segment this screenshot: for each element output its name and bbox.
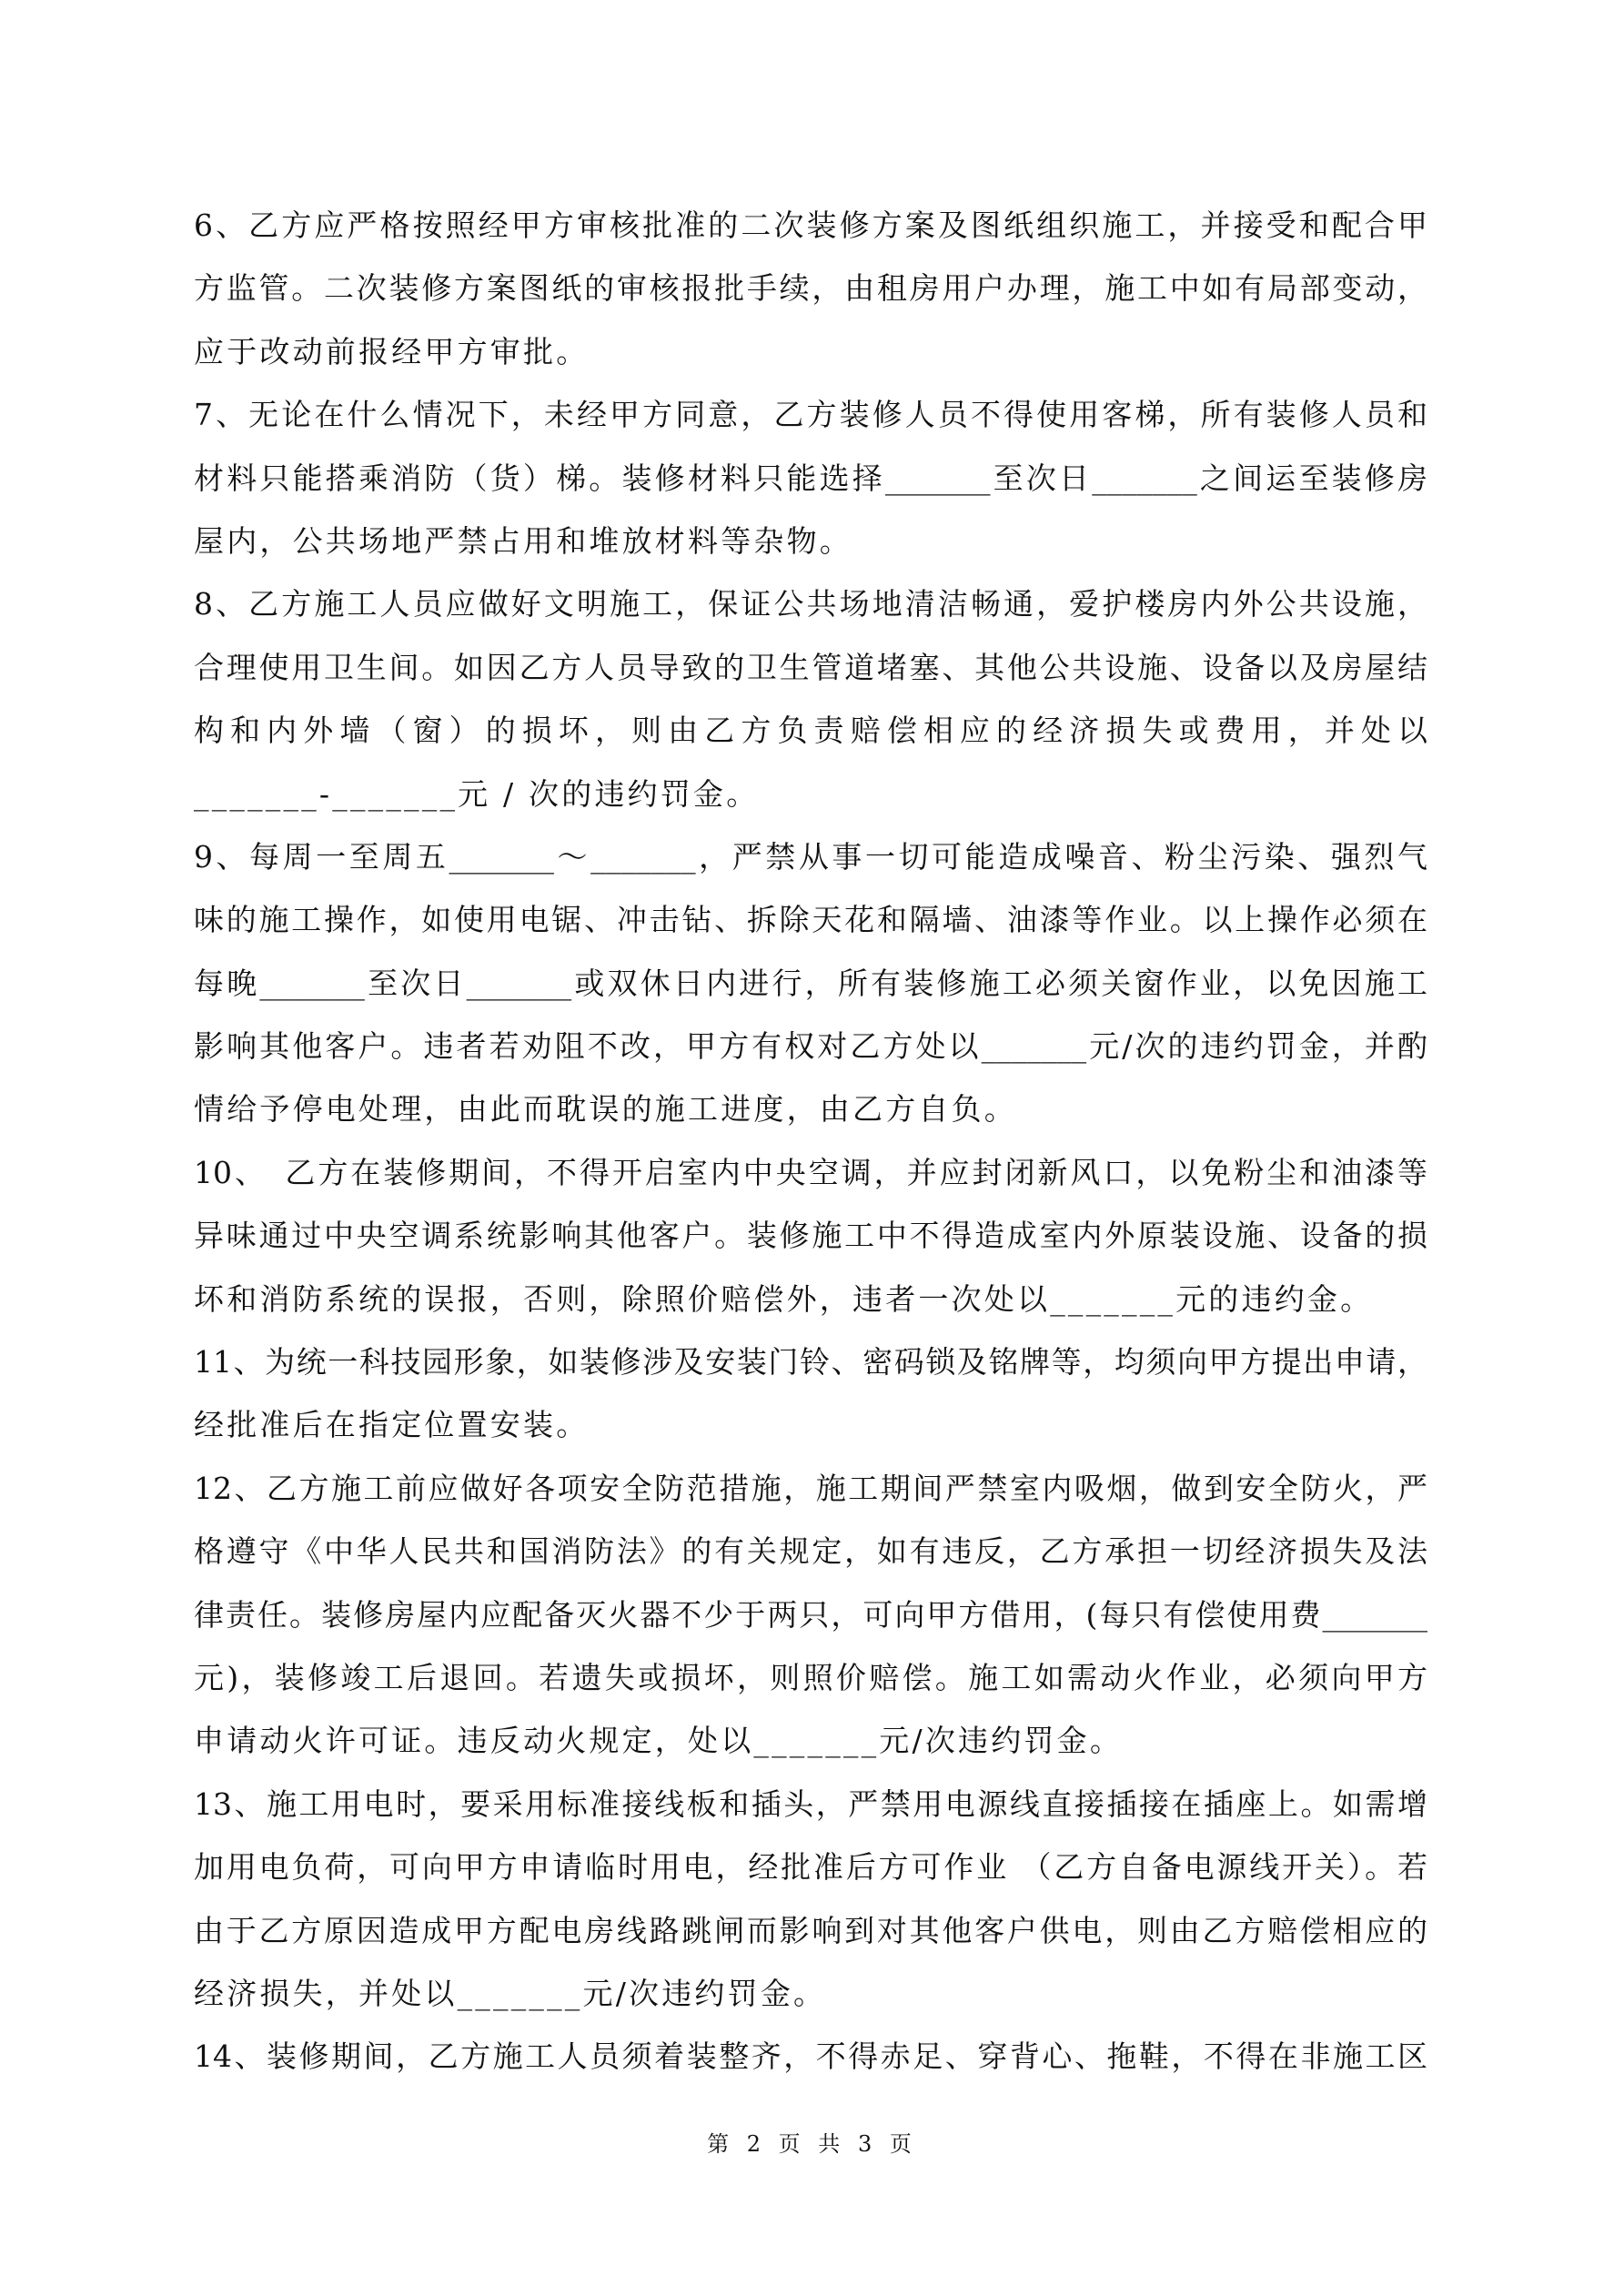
text-line: 12、乙方施工前应做好各项安全防范措施，施工期间严禁室内吸烟，做到安全防火，严 xyxy=(194,1465,1427,1528)
text-line: 元)，装修竣工后退回。若遗失或损坏，则照价赔偿。施工如需动火作业，必须向甲方 xyxy=(194,1654,1427,1717)
text-line: 异味通过中央空调系统影响其他客户。装修施工中不得造成室内外原装设施、设备的损 xyxy=(194,1212,1427,1275)
clause-9: 9、每周一至周五_______～_______，严禁从事一切可能造成噪音、粉尘污… xyxy=(194,834,1427,1149)
text-line: 每晚_______至次日_______或双休日内进行，所有装修施工必须关窗作业，… xyxy=(194,960,1427,1023)
text-line: 13、施工用电时，要采用标准接线板和插头，严禁用电源线直接插接在插座上。如需增 xyxy=(194,1781,1427,1844)
clause-13: 13、施工用电时，要采用标准接线板和插头，严禁用电源线直接插接在插座上。如需增 … xyxy=(194,1781,1427,2034)
text-line: 屋内，公共场地严禁占用和堆放材料等杂物。 xyxy=(194,518,1427,581)
text-line: 经批准后在指定位置安装。 xyxy=(194,1401,1427,1464)
text-line: 7、无论在什么情况下，未经甲方同意，乙方装修人员不得使用客梯，所有装修人员和 xyxy=(194,391,1427,454)
text-line: 9、每周一至周五_______～_______，严禁从事一切可能造成噪音、粉尘污… xyxy=(194,834,1427,896)
text-line: 构和内外墙（窗）的损坏，则由乙方负责赔偿相应的经济损失或费用，并处以 xyxy=(194,707,1427,770)
page-number-footer: 第 2 页 共 3 页 xyxy=(0,2128,1624,2160)
text-line: 合理使用卫生间。如因乙方人员导致的卫生管道堵塞、其他公共设施、设备以及房屋结 xyxy=(194,644,1427,707)
text-line: 影响其他客户。违者若劝阻不改，甲方有权对乙方处以_______元/次的违约罚金，… xyxy=(194,1023,1427,1086)
text-line: 应于改动前报经甲方审批。 xyxy=(194,329,1427,391)
clause-11: 11、为统一科技园形象，如装修涉及安装门铃、密码锁及铭牌等，均须向甲方提出申请，… xyxy=(194,1339,1427,1465)
text-line: 方监管。二次装修方案图纸的审核报批手续，由租房用户办理，施工中如有局部变动， xyxy=(194,265,1427,328)
text-line: 申请动火许可证。违反动火规定，处以_______元/次违约罚金。 xyxy=(194,1717,1427,1780)
text-line: 11、为统一科技园形象，如装修涉及安装门铃、密码锁及铭牌等，均须向甲方提出申请， xyxy=(194,1339,1427,1401)
text-line: 坏和消防系统的误报，否则，除照价赔偿外，违者一次处以_______元的违约金。 xyxy=(194,1276,1427,1339)
clause-8: 8、乙方施工人员应做好文明施工，保证公共场地清洁畅通，爱护楼房内外公共设施， 合… xyxy=(194,581,1427,834)
text-line: 14、装修期间，乙方施工人员须着装整齐，不得赤足、穿背心、拖鞋，不得在非施工区 xyxy=(194,2033,1427,2096)
text-line: 8、乙方施工人员应做好文明施工，保证公共场地清洁畅通，爱护楼房内外公共设施， xyxy=(194,581,1427,643)
text-line: _______-_______元 / 次的违约罚金。 xyxy=(194,771,1427,834)
text-line: 加用电负荷，可向甲方申请临时用电，经批准后方可作业 （乙方自备电源线开关）。若 xyxy=(194,1844,1427,1907)
text-line: 情给予停电处理，由此而耽误的施工进度，由乙方自负。 xyxy=(194,1086,1427,1148)
text-line: 6、乙方应严格按照经甲方审核批准的二次装修方案及图纸组织施工，并接受和配合甲 xyxy=(194,202,1427,265)
clause-10: 10、 乙方在装修期间，不得开启室内中央空调，并应封闭新风口，以免粉尘和油漆等 … xyxy=(194,1149,1427,1339)
text-line: 经济损失，并处以_______元/次违约罚金。 xyxy=(194,1970,1427,2033)
document-page: 6、乙方应严格按照经甲方审核批准的二次装修方案及图纸组织施工，并接受和配合甲 方… xyxy=(0,0,1624,2296)
text-line: 10、 乙方在装修期间，不得开启室内中央空调，并应封闭新风口，以免粉尘和油漆等 xyxy=(194,1149,1427,1212)
clause-7: 7、无论在什么情况下，未经甲方同意，乙方装修人员不得使用客梯，所有装修人员和 材… xyxy=(194,391,1427,581)
text-line: 材料只能搭乘消防（货）梯。装修材料只能选择_______至次日_______之间… xyxy=(194,455,1427,518)
contract-body: 6、乙方应严格按照经甲方审核批准的二次装修方案及图纸组织施工，并接受和配合甲 方… xyxy=(194,202,1427,2097)
text-line: 味的施工操作，如使用电锯、冲击钻、拆除天花和隔墙、油漆等作业。以上操作必须在 xyxy=(194,896,1427,959)
clause-14: 14、装修期间，乙方施工人员须着装整齐，不得赤足、穿背心、拖鞋，不得在非施工区 xyxy=(194,2033,1427,2096)
text-line: 格遵守《中华人民共和国消防法》的有关规定，如有违反，乙方承担一切经济损失及法 xyxy=(194,1528,1427,1591)
text-line: 律责任。装修房屋内应配备灭火器不少于两只，可向甲方借用，(每只有偿使用费____… xyxy=(194,1592,1427,1654)
clause-12: 12、乙方施工前应做好各项安全防范措施，施工期间严禁室内吸烟，做到安全防火，严 … xyxy=(194,1465,1427,1781)
clause-6: 6、乙方应严格按照经甲方审核批准的二次装修方案及图纸组织施工，并接受和配合甲 方… xyxy=(194,202,1427,391)
text-line: 由于乙方原因造成甲方配电房线路跳闸而影响到对其他客户供电，则由乙方赔偿相应的 xyxy=(194,1907,1427,1970)
